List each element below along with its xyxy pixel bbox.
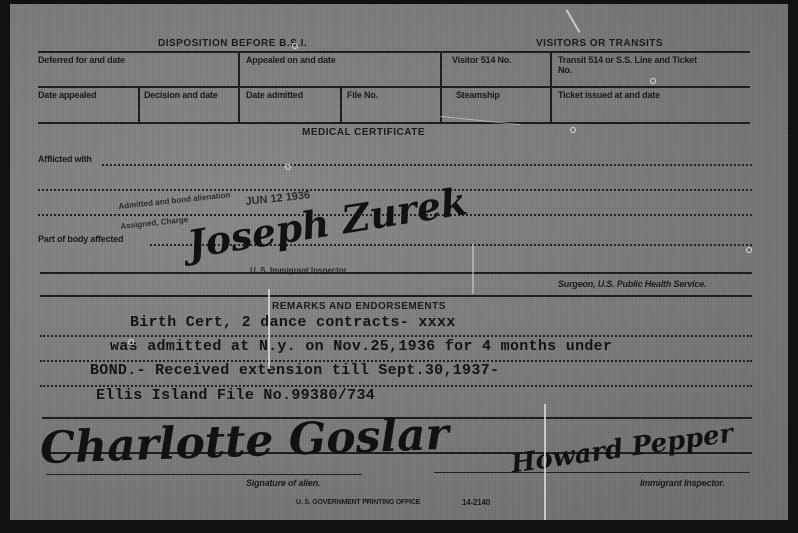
dust-spot: [292, 43, 298, 49]
disposition-heading: DISPOSITION BEFORE B.S.I.: [158, 38, 307, 49]
inspector-label: Immigrant Inspector.: [640, 478, 725, 488]
visitor-no-label: Visitor 514 No.: [452, 55, 511, 65]
film-scratch: [472, 244, 474, 294]
remarks-line-3: BOND.- Received extension till Sept.30,1…: [90, 362, 499, 379]
admission-stamp-line2: Assigned, Charge: [120, 215, 189, 231]
signature-line: [434, 472, 750, 473]
dust-spot: [650, 78, 656, 84]
surgeon-label: Surgeon, U.S. Public Health Service.: [558, 279, 706, 289]
immigration-card: DISPOSITION BEFORE B.S.I. VISITORS OR TR…: [10, 4, 788, 520]
grid-line: [340, 86, 342, 122]
inspector-signature: Howard Pepper: [509, 419, 735, 480]
dust-spot: [128, 339, 134, 345]
grid-line: [138, 86, 140, 122]
grid-line: [38, 51, 750, 53]
grid-line: [38, 86, 750, 88]
grid-line: [238, 51, 240, 122]
remarks-line-2: was admitted at N.y. on Nov.25,1936 for …: [110, 338, 612, 355]
ticket-issued-label: Ticket issued at and date: [558, 90, 660, 100]
alien-signature-label: Signature of alien.: [246, 478, 320, 488]
steamship-label: Steamship: [456, 90, 500, 100]
film-scratch: [268, 289, 270, 369]
decision-date-label: Decision and date: [144, 90, 218, 100]
part-of-body-label: Part of body affected: [38, 234, 123, 244]
admission-stamp-line1: Admitted and bond alienation: [118, 190, 231, 211]
date-admitted-label: Date admitted: [246, 90, 303, 100]
grid-line: [550, 51, 552, 122]
file-no-label: File No.: [347, 90, 378, 100]
form-number: 14-2140: [462, 498, 490, 508]
dust-spot: [285, 164, 291, 170]
grid-line: [440, 51, 442, 122]
transit-line-label: Transit 514 or S.S. Line and Ticket No.: [558, 55, 708, 75]
dust-spot: [746, 247, 752, 253]
rule-line: [40, 272, 752, 274]
printing-office: U. S. GOVERNMENT PRINTING OFFICE: [296, 498, 420, 508]
remarks-heading: REMARKS AND ENDORSEMENTS: [272, 301, 446, 312]
dust-spot: [570, 127, 576, 133]
rule-line: [40, 295, 752, 297]
signature-line: [46, 474, 362, 475]
medical-heading: MEDICAL CERTIFICATE: [302, 127, 425, 138]
film-scratch: [566, 9, 581, 33]
visitors-heading: VISITORS OR TRANSITS: [536, 38, 663, 49]
film-scratch: [544, 404, 546, 520]
deferred-label: Deferred for and date: [38, 55, 125, 65]
appealed-label: Appealed on and date: [246, 55, 336, 65]
grid-line: [38, 122, 750, 124]
remarks-line-1: Birth Cert, 2 dance contracts- xxxx: [130, 314, 456, 331]
date-appealed-label: Date appealed: [38, 90, 96, 100]
afflicted-line: [102, 164, 752, 166]
rule-line: [40, 335, 752, 337]
afflicted-label: Afflicted with: [38, 154, 92, 164]
remarks-line-4: Ellis Island File No.99380/734: [96, 387, 375, 404]
